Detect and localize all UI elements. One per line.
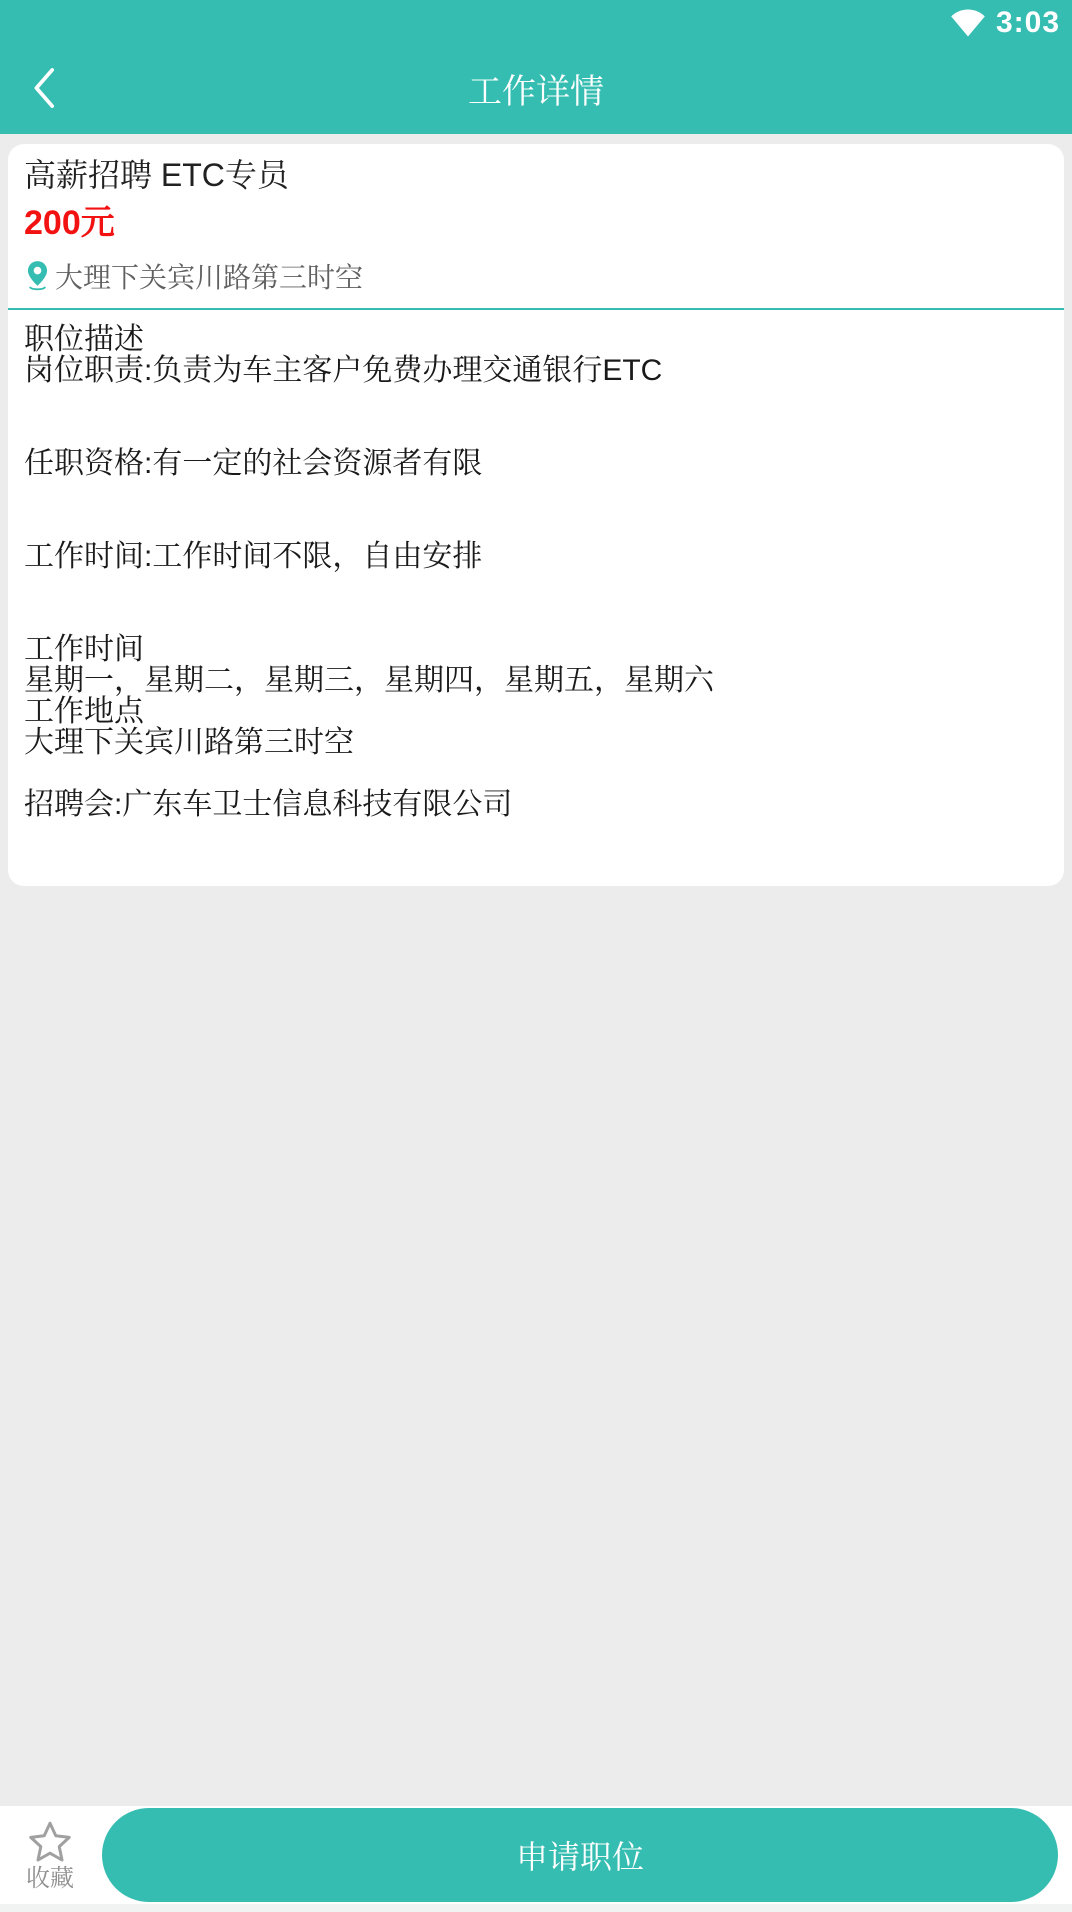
app-bar: 工作详情 <box>0 42 1072 134</box>
job-description: 职位描述 岗位职责:负责为车主客户免费办理交通银行ETC 任职资格:有一定的社会… <box>8 310 1064 820</box>
status-bar: 3:03 <box>0 0 1072 42</box>
map-pin-icon <box>24 260 51 292</box>
job-location-row: 大理下关宾川路第三时空 <box>24 256 1048 308</box>
job-card: 高薪招聘 ETC专员 200元 大理下关宾川路第三时空 职位描述 岗位职责:负责… <box>8 144 1064 886</box>
job-title: 高薪招聘 ETC专员 <box>24 154 1048 196</box>
screen: 3:03 工作详情 高薪招聘 ETC专员 200元 <box>0 0 1072 1912</box>
bottom-strip <box>0 1904 1072 1912</box>
job-location: 大理下关宾川路第三时空 <box>55 256 363 296</box>
apply-button[interactable]: 申请职位 <box>102 1808 1058 1902</box>
page-title: 工作详情 <box>468 64 604 113</box>
favorite-button[interactable]: 收藏 <box>0 1818 100 1892</box>
status-time: 3:03 <box>996 6 1060 40</box>
back-button[interactable] <box>18 62 70 114</box>
wifi-icon <box>950 8 986 38</box>
star-icon <box>26 1820 74 1866</box>
favorite-label: 收藏 <box>26 1866 74 1892</box>
chevron-left-icon <box>31 67 57 109</box>
bottom-bar: 收藏 申请职位 <box>0 1806 1072 1904</box>
job-card-header: 高薪招聘 ETC专员 200元 大理下关宾川路第三时空 <box>8 144 1064 308</box>
job-pay: 200元 <box>24 202 1048 244</box>
